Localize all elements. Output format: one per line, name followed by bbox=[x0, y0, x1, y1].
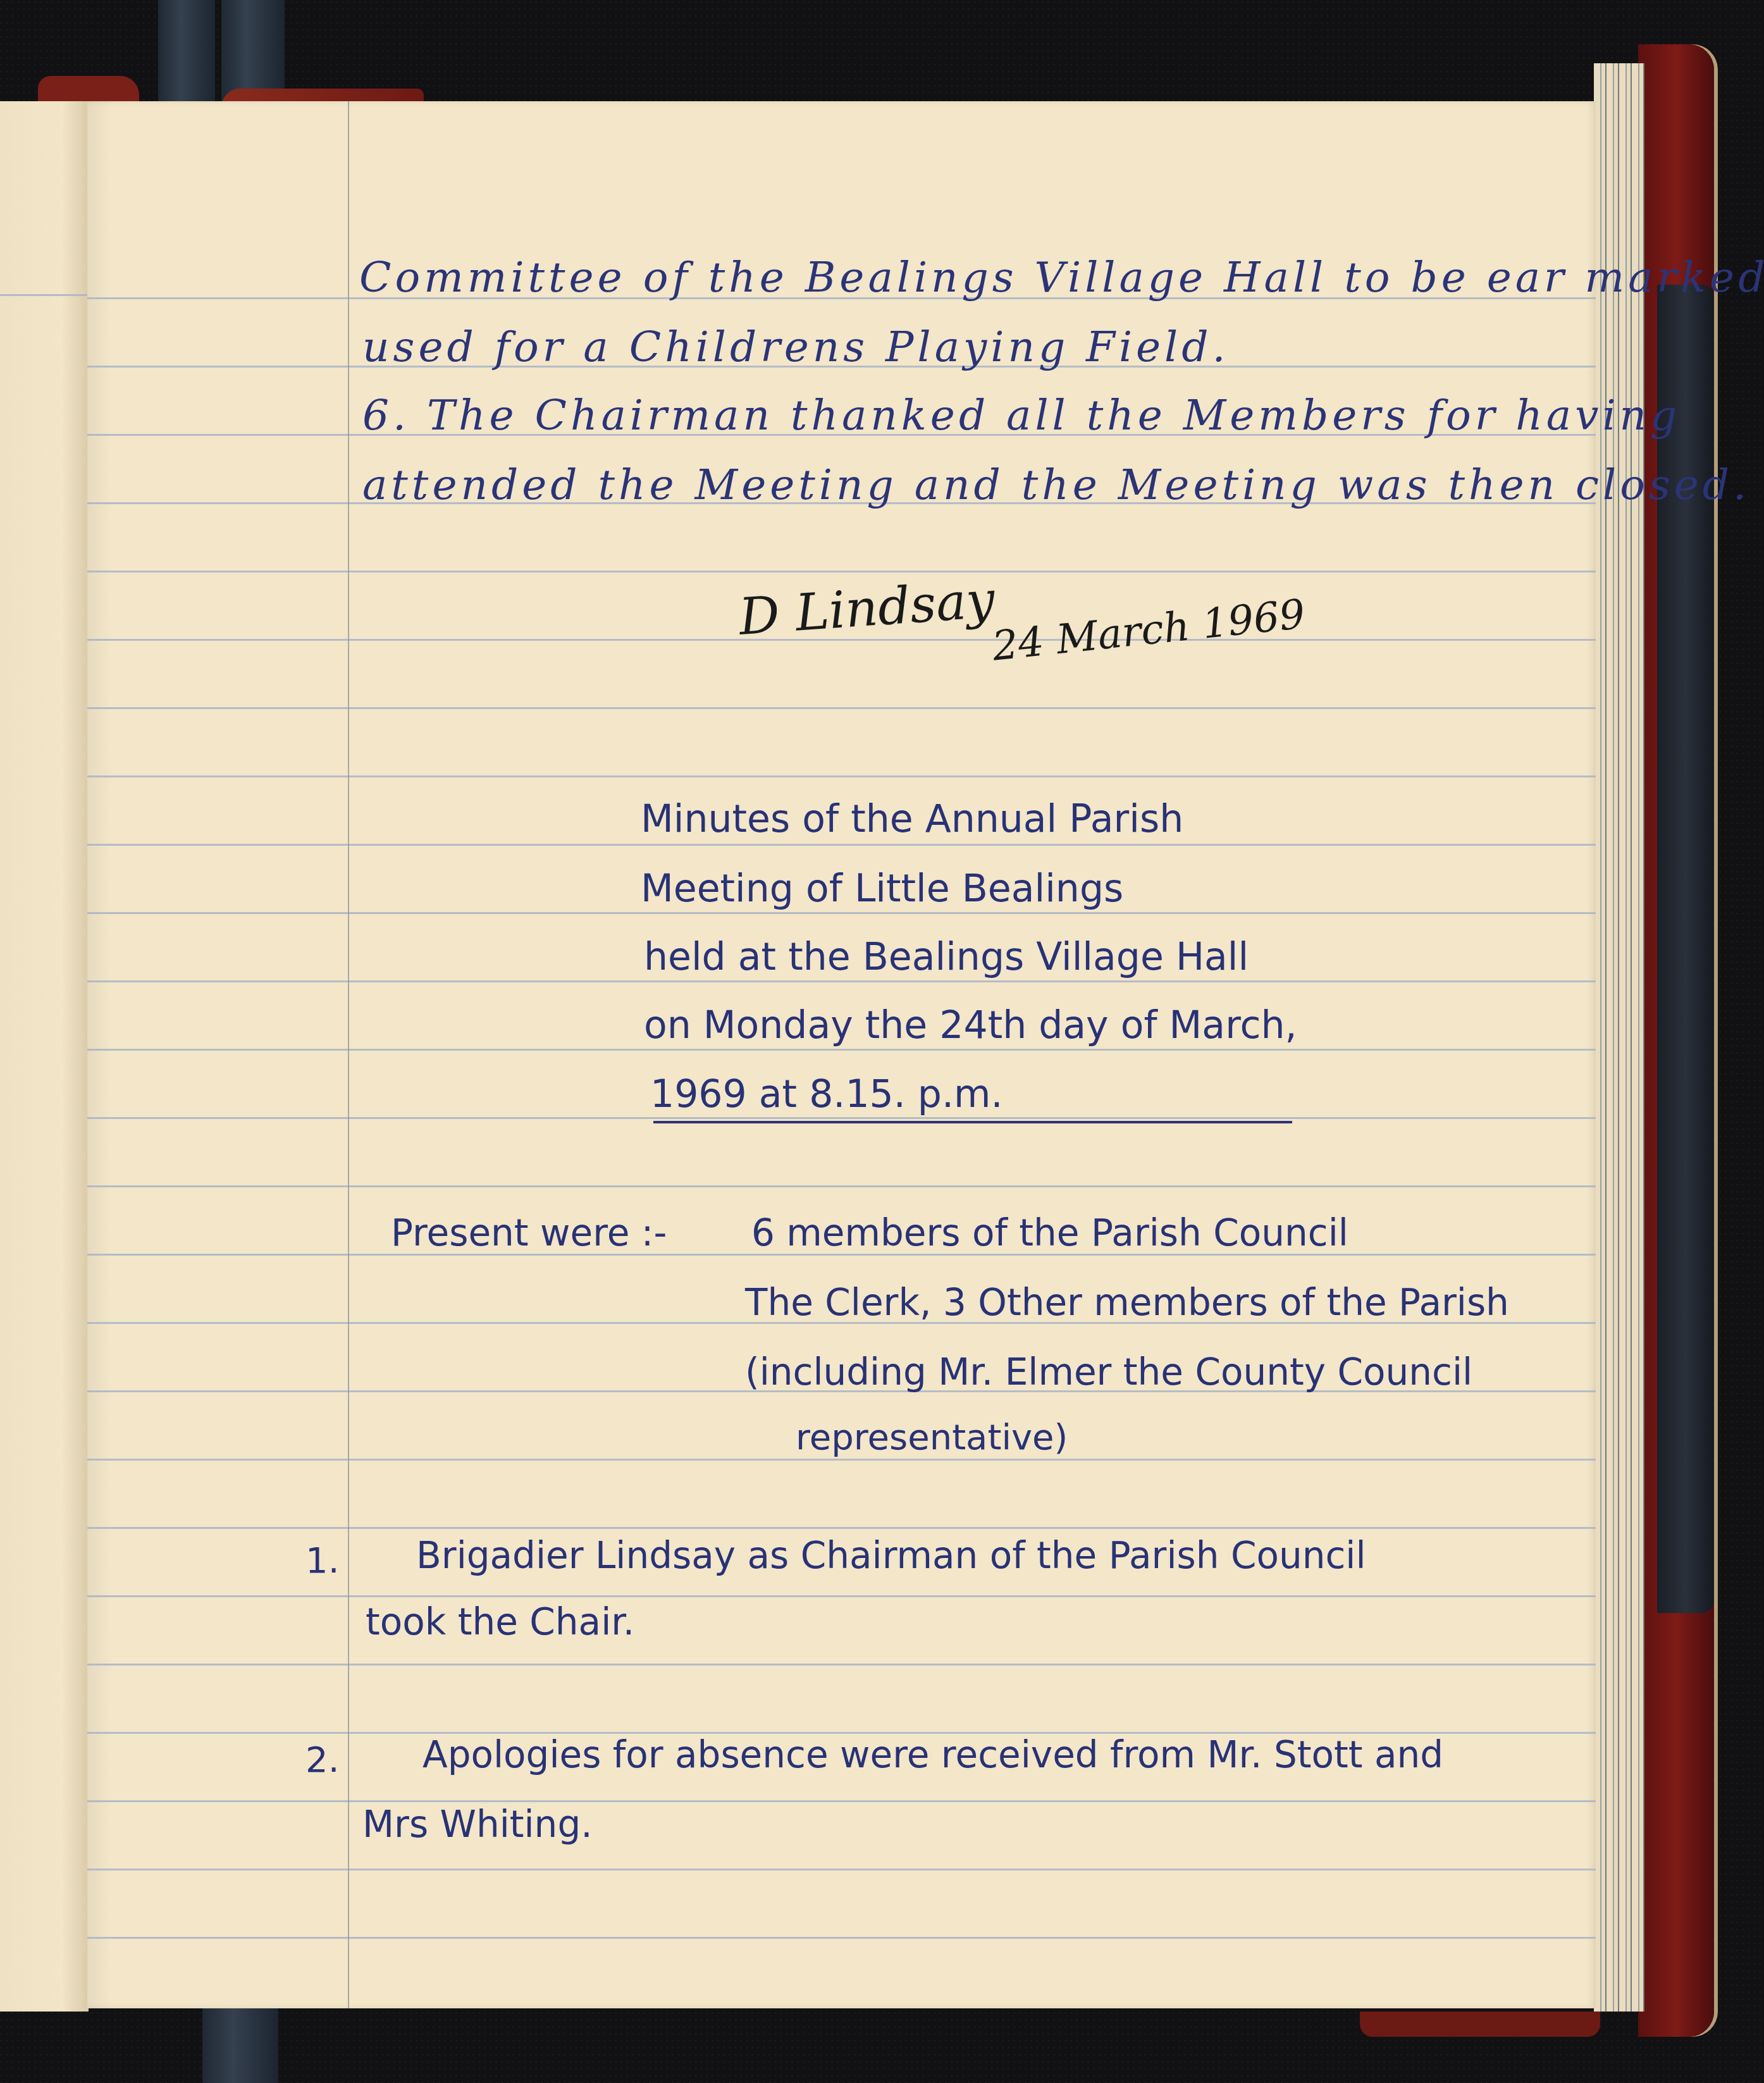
rule-line bbox=[87, 707, 1596, 709]
heading-line-4: on Monday the 24th day of March, bbox=[644, 1003, 1297, 1048]
heading-line-2: Meeting of Little Bealings bbox=[641, 867, 1123, 911]
item-2-line-1: Apologies for absence were received from… bbox=[422, 1733, 1443, 1776]
left-rule bbox=[0, 294, 89, 296]
present-line-3: (including Mr. Elmer the County Council bbox=[745, 1351, 1472, 1394]
rule-line bbox=[87, 1869, 1596, 1870]
page-edges bbox=[1594, 63, 1644, 2012]
heading-underline bbox=[653, 1121, 1292, 1123]
ribbon-marker-top bbox=[158, 0, 215, 101]
ribbon-marker-top-2 bbox=[221, 0, 285, 101]
continued-line-1: Committee of the Bealings Village Hall t… bbox=[359, 253, 1764, 302]
item-1-line-1: Brigadier Lindsay as Chairman of the Par… bbox=[416, 1534, 1366, 1577]
item-6-line-2: attended the Meeting and the Meeting was… bbox=[362, 460, 1750, 509]
rule-line bbox=[87, 1117, 1596, 1119]
rule-line bbox=[87, 1459, 1596, 1461]
margin-line bbox=[348, 101, 349, 2008]
item-2-number: 2. bbox=[305, 1740, 339, 1781]
rule-line bbox=[87, 1527, 1596, 1529]
rule-line bbox=[87, 1664, 1596, 1666]
continued-line-2: used for a Childrens Playing Field. bbox=[362, 323, 1229, 371]
heading-line-5: 1969 at 8.15. p.m. bbox=[650, 1072, 1003, 1116]
binding-bottom-right bbox=[1360, 2012, 1600, 2037]
rule-line bbox=[87, 980, 1596, 982]
rule-line bbox=[87, 844, 1596, 846]
rule-line bbox=[87, 1800, 1596, 1802]
present-line-2: The Clerk, 3 Other members of the Parish bbox=[745, 1281, 1509, 1324]
rule-line bbox=[87, 1185, 1596, 1187]
present-line-1: 6 members of the Parish Council bbox=[751, 1211, 1348, 1254]
rule-line bbox=[87, 1937, 1596, 1939]
rule-line bbox=[87, 1595, 1596, 1597]
rule-line bbox=[87, 912, 1596, 914]
present-line-4: representative) bbox=[796, 1417, 1068, 1458]
signature: D Lindsay bbox=[737, 570, 996, 646]
item-2-line-2: Mrs Whiting. bbox=[362, 1803, 593, 1846]
heading-line-1: Minutes of the Annual Parish bbox=[641, 797, 1183, 841]
heading-line-3: held at the Bealings Village Hall bbox=[644, 935, 1249, 979]
ribbon-marker-bottom bbox=[202, 2008, 278, 2083]
signature-date: 24 March 1969 bbox=[990, 591, 1307, 670]
rule-line bbox=[87, 571, 1596, 572]
item-6-line-1: 6. The Chairman thanked all the Members … bbox=[362, 391, 1681, 440]
minute-page: Committee of the Bealings Village Hall t… bbox=[87, 101, 1596, 2008]
rule-line bbox=[87, 1049, 1596, 1051]
item-1-line-2: took the Chair. bbox=[366, 1600, 634, 1643]
item-1-number: 1. bbox=[305, 1540, 339, 1581]
left-page bbox=[0, 101, 89, 2012]
rule-line bbox=[87, 776, 1596, 777]
present-label: Present were :- bbox=[391, 1211, 667, 1254]
